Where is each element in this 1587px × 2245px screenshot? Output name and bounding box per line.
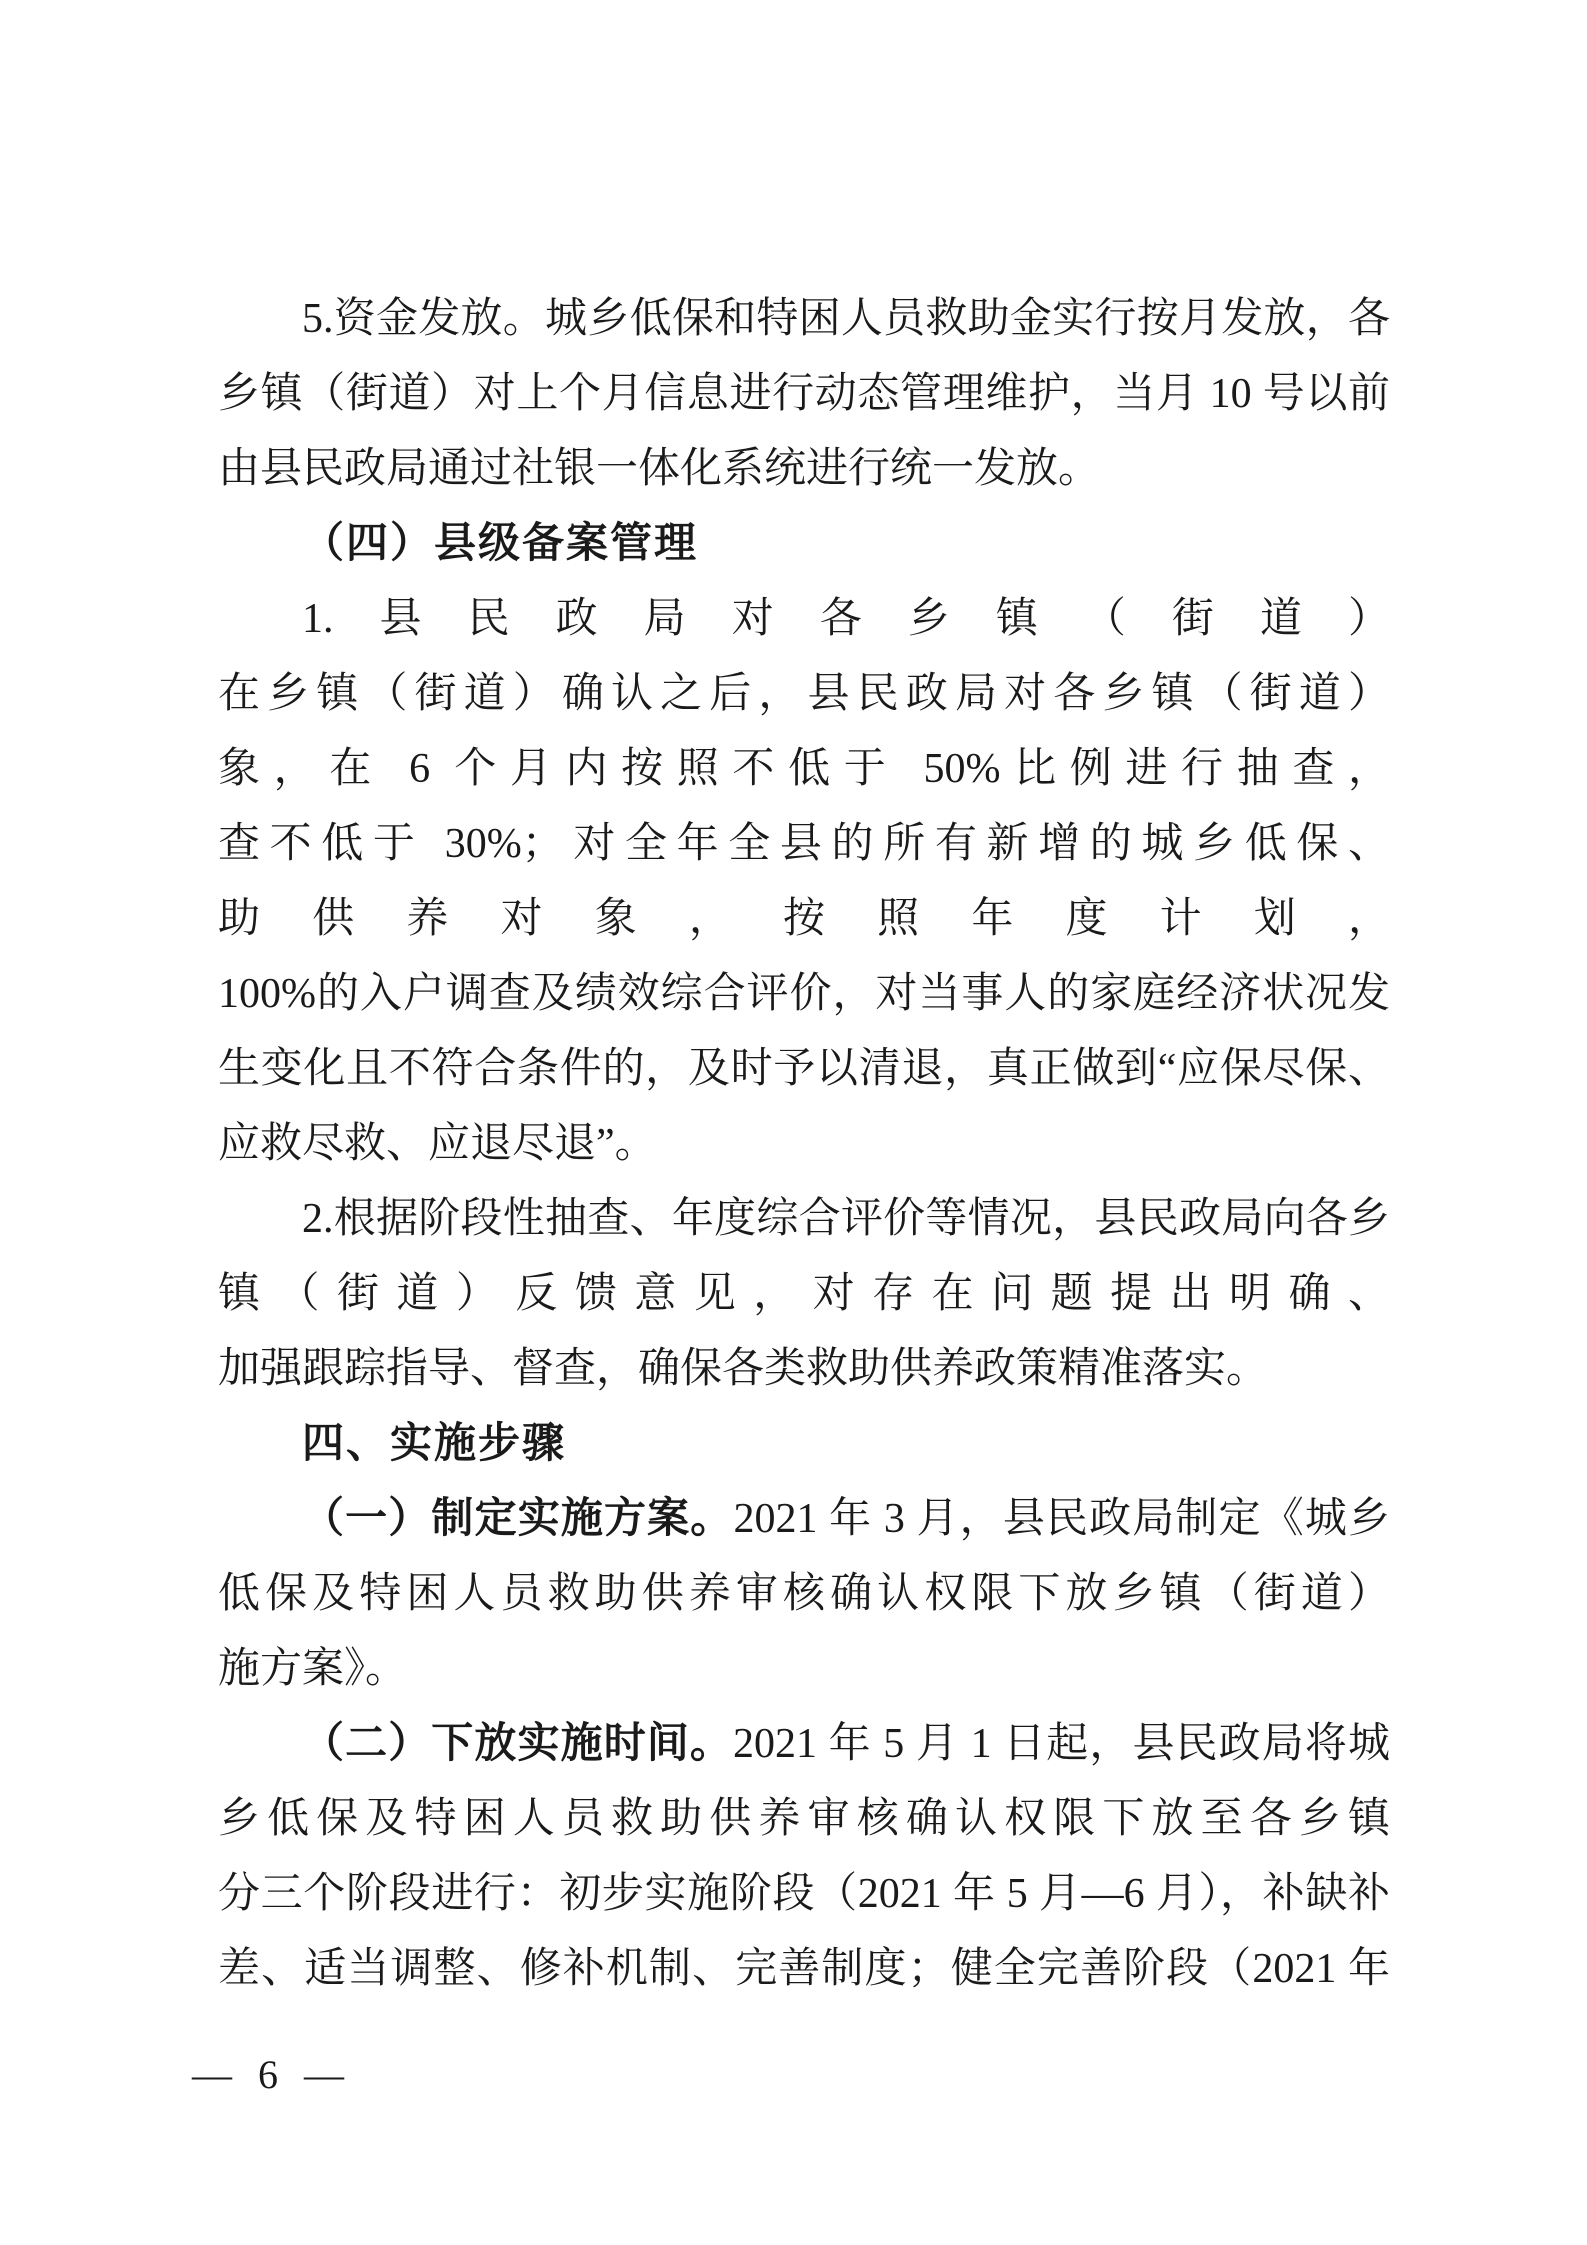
paragraph-line: 由县民政局通过社银一体化系统进行统一发放。 bbox=[218, 432, 1390, 507]
paragraph-line: 2.根据阶段性抽查、年度综合评价等情况，县民政局向各乡 bbox=[218, 1182, 1390, 1257]
document-page: { "colors": { "background": "#ffffff", "… bbox=[0, 0, 1587, 2245]
paragraph-lead-bold: （一）制定实施方案。 bbox=[302, 1496, 733, 1542]
paragraph-line: 查不低于 30%；对全年全县的所有新增的城乡低保、特困人员救 bbox=[218, 807, 1390, 882]
paragraph-line: 镇（街道）反馈意见，对存在问题提出明确、具体的整改要求， bbox=[218, 1257, 1390, 1332]
paragraph-line-rest: 2021 年 5 月 1 日起，县民政局将城 bbox=[733, 1721, 1390, 1767]
document-body: 5.资金发放。城乡低保和特困人员救助金实行按月发放，各 乡镇（街道）对上个月信息… bbox=[218, 282, 1390, 2007]
paragraph-line: 象，在 6 个月内按照不低于 50%比例进行抽查，其中入户走访调 bbox=[218, 732, 1390, 807]
paragraph-line: 施方案》。 bbox=[218, 1632, 1390, 1707]
section-heading-county-record: （四）县级备案管理 bbox=[218, 507, 1390, 582]
paragraph-lead-bold: （二）下放实施时间。 bbox=[302, 1721, 733, 1767]
paragraph-line: （二）下放实施时间。2021 年 5 月 1 日起，县民政局将城 bbox=[218, 1707, 1390, 1782]
paragraph-line: 100%的入户调查及绩效综合评价，对当事人的家庭经济状况发 bbox=[218, 957, 1390, 1032]
paragraph-line: 生变化且不符合条件的，及时予以清退，真正做到“应保尽保、 bbox=[218, 1032, 1390, 1107]
paragraph-line: 应救尽救、应退尽退”。 bbox=[218, 1107, 1390, 1182]
paragraph-line: （一）制定实施方案。2021 年 3 月，县民政局制定《城乡 bbox=[218, 1482, 1390, 1557]
page-number: — 6 — bbox=[192, 2042, 352, 2108]
paragraph-line: 5.资金发放。城乡低保和特困人员救助金实行按月发放，各 bbox=[218, 282, 1390, 357]
paragraph-line: 低保及特困人员救助供养审核确认权限下放乡镇（街道）工作实 bbox=[218, 1557, 1390, 1632]
paragraph-line: 分三个阶段进行：初步实施阶段（2021 年 5 月—6 月），补缺补 bbox=[218, 1857, 1390, 1932]
paragraph-line: 乡镇（街道）对上个月信息进行动态管理维护，当月 10 号以前 bbox=[218, 357, 1390, 432]
paragraph-line: 差、适当调整、修补机制、完善制度；健全完善阶段（2021 年 7 bbox=[218, 1932, 1390, 2007]
paragraph-line: 乡低保及特困人员救助供养审核确认权限下放至各乡镇（街道）。 bbox=[218, 1782, 1390, 1857]
paragraph-line-rest: 2021 年 3 月，县民政局制定《城乡 bbox=[733, 1496, 1390, 1542]
paragraph-line: 在乡镇（街道）确认之后，县民政局对各乡镇（街道）的新增对 bbox=[218, 657, 1390, 732]
paragraph-line: 助供养对象，按照年度计划，县民政局聘请第三方社会组织进行 bbox=[218, 882, 1390, 957]
paragraph-line: 加强跟踪指导、督查，确保各类救助供养政策精准落实。 bbox=[218, 1332, 1390, 1407]
paragraph-line: 1.县民政局对各乡镇（街道）确认结果进行多种方式再审查。 bbox=[218, 582, 1390, 657]
section-heading-implementation-steps: 四、实施步骤 bbox=[218, 1407, 1390, 1482]
